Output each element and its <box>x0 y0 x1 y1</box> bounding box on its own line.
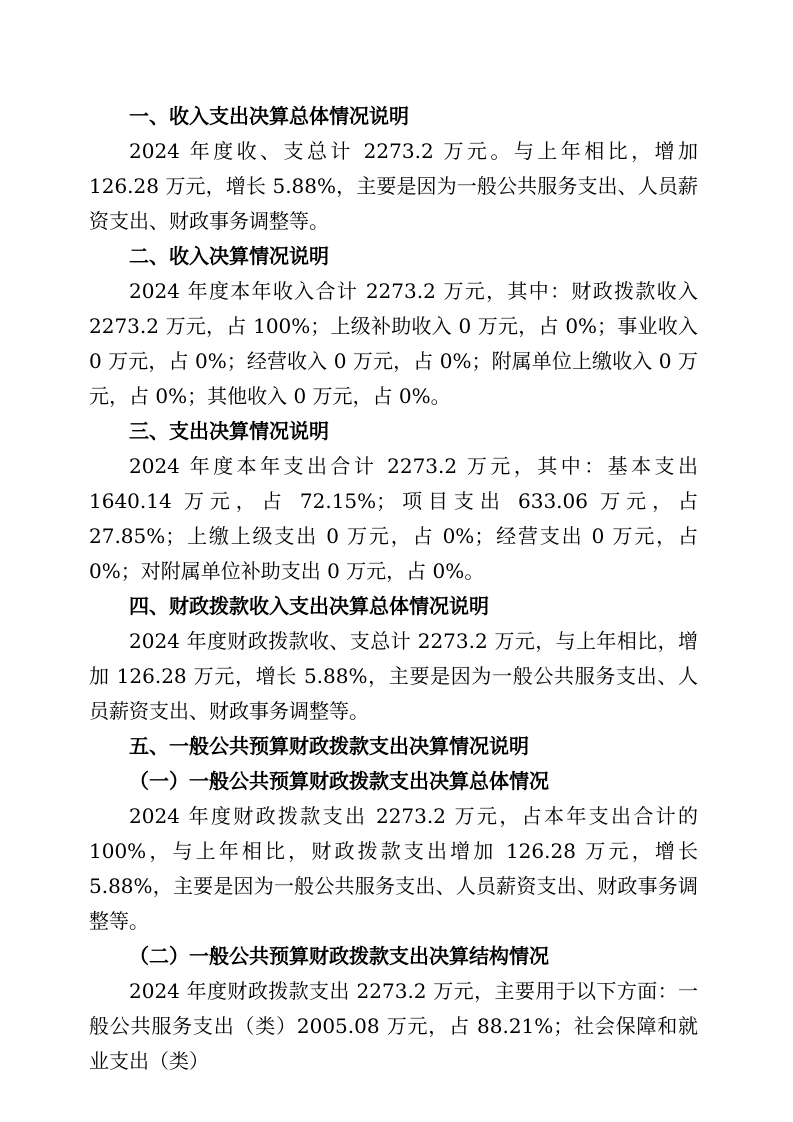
section-revenue-summary-paragraph: 2024 年度本年收入合计 2273.2 万元，其中：财政拨款收入 2273.2… <box>89 274 698 414</box>
section-overall-summary-heading: 一、收入支出决算总体情况说明 <box>89 99 698 134</box>
subsection-budget-overall-heading: （一）一般公共预算财政拨款支出决算总体情况 <box>89 764 698 799</box>
section-overall-summary: 一、收入支出决算总体情况说明 2024 年度收、支总计 2273.2 万元。与上… <box>89 99 698 239</box>
section-fiscal-appropriation-overview: 四、财政拨款收入支出决算总体情况说明 2024 年度财政拨款收、支总计 2273… <box>89 589 698 729</box>
section-expenditure-summary-paragraph: 2024 年度本年支出合计 2273.2 万元，其中：基本支出 1640.14 … <box>89 449 698 589</box>
document-page: 一、收入支出决算总体情况说明 2024 年度收、支总计 2273.2 万元。与上… <box>0 0 793 1122</box>
subsection-budget-structure-heading: （二）一般公共预算财政拨款支出决算结构情况 <box>89 939 698 974</box>
subsection-budget-structure-paragraph: 2024 年度财政拨款支出 2273.2 万元，主要用于以下方面：一般公共服务支… <box>89 974 698 1079</box>
subsection-budget-structure: （二）一般公共预算财政拨款支出决算结构情况 2024 年度财政拨款支出 2273… <box>89 939 698 1079</box>
section-expenditure-summary: 三、支出决算情况说明 2024 年度本年支出合计 2273.2 万元，其中：基本… <box>89 414 698 589</box>
subsection-budget-overall-paragraph: 2024 年度财政拨款支出 2273.2 万元，占本年支出合计的 100%，与上… <box>89 799 698 939</box>
section-general-public-budget-heading: 五、一般公共预算财政拨款支出决算情况说明 <box>89 729 698 764</box>
section-fiscal-appropriation-overview-paragraph: 2024 年度财政拨款收、支总计 2273.2 万元，与上年相比，增加 126.… <box>89 624 698 729</box>
section-general-public-budget: 五、一般公共预算财政拨款支出决算情况说明 （一）一般公共预算财政拨款支出决算总体… <box>89 729 698 1079</box>
section-overall-summary-paragraph: 2024 年度收、支总计 2273.2 万元。与上年相比，增加 126.28 万… <box>89 134 698 239</box>
section-revenue-summary-heading: 二、收入决算情况说明 <box>89 239 698 274</box>
section-revenue-summary: 二、收入决算情况说明 2024 年度本年收入合计 2273.2 万元，其中：财政… <box>89 239 698 414</box>
section-fiscal-appropriation-overview-heading: 四、财政拨款收入支出决算总体情况说明 <box>89 589 698 624</box>
subsection-budget-overall: （一）一般公共预算财政拨款支出决算总体情况 2024 年度财政拨款支出 2273… <box>89 764 698 939</box>
section-expenditure-summary-heading: 三、支出决算情况说明 <box>89 414 698 449</box>
